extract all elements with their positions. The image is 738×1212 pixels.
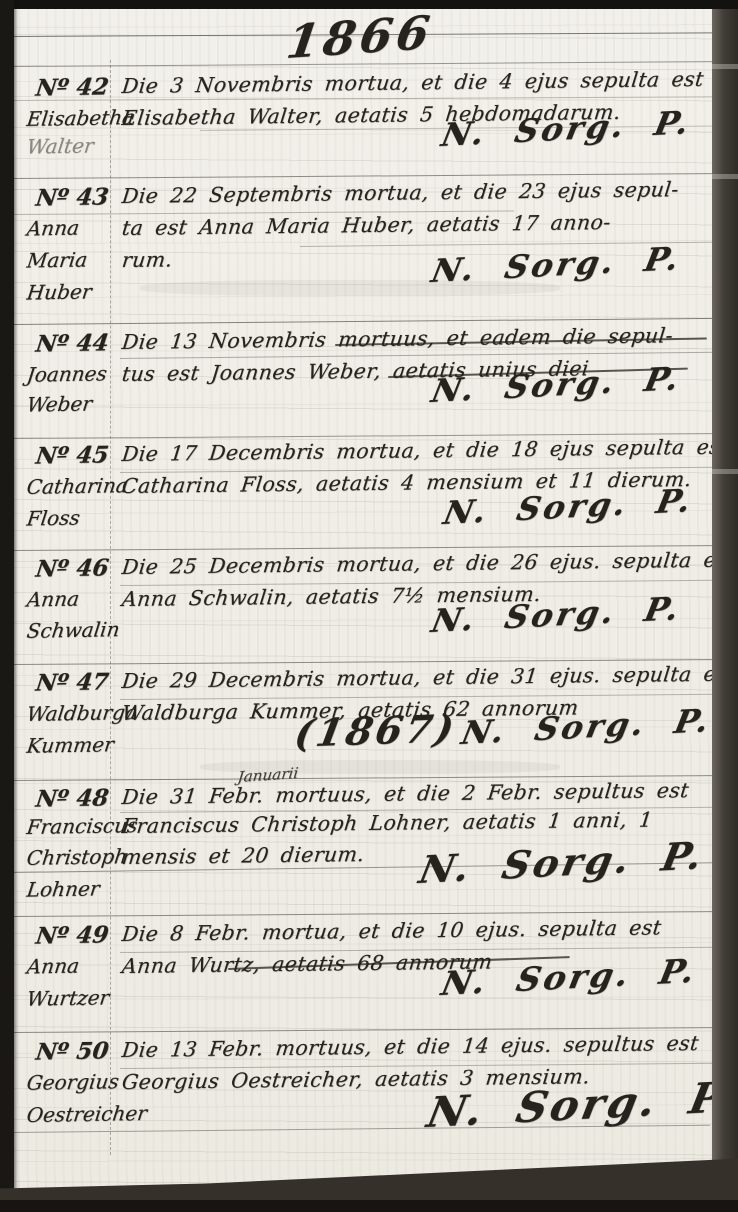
- scan-rule-line: [120, 580, 716, 586]
- year-heading: 1866: [283, 5, 436, 69]
- entry-number: Nº 48: [34, 784, 110, 812]
- scan-rule-line: [300, 242, 718, 247]
- margin-name: Floss: [25, 506, 81, 531]
- scan-rule-line: [14, 173, 730, 179]
- scan-rule-line: [120, 1063, 716, 1069]
- entry-text-line: Georgius Oestreicher, aetatis 3 mensium.: [121, 1064, 592, 1094]
- scan-rule-line: [14, 545, 730, 551]
- entry-number: Nº 42: [34, 73, 110, 101]
- scan-rule-line: [14, 862, 724, 873]
- strike-through-mark: [388, 368, 688, 378]
- entry-text-line: Die 3 Novembris mortua, et die 4 ejus se…: [121, 67, 705, 98]
- scan-border-right: [712, 9, 738, 1212]
- scan-rule-line: [14, 775, 730, 781]
- margin-name: Franciscus: [25, 813, 139, 839]
- entry-text-line: Elisabetha Walter, aetatis 5 hebdomadaru…: [121, 100, 623, 130]
- entry-text-line: tus est Joannes Weber, aetatis unius die…: [121, 356, 591, 386]
- margin-name: Oestreicher: [25, 1101, 148, 1127]
- margin-name: Anna: [25, 587, 80, 612]
- entry-number: Nº 45: [34, 441, 110, 469]
- priest-signature: N. Sorg. P.: [458, 701, 715, 752]
- margin-name: Weber: [25, 391, 93, 416]
- scan-smudge: [200, 760, 560, 774]
- margin-name: Georgius: [25, 1069, 120, 1095]
- scan-border-bottom: [0, 1200, 738, 1212]
- entry-text-line: Die 13 Febr. mortuus, et die 14 ejus. se…: [121, 1031, 700, 1062]
- entry-text-line: mensis et 20 dierum.: [121, 842, 366, 869]
- priest-signature: N. Sorg. P.: [440, 481, 697, 532]
- scan-smudge: [140, 280, 560, 296]
- scan-border-left: [0, 0, 14, 1212]
- scan-rule-line: [120, 352, 716, 359]
- entry-text-line: Die 31 Febr. mortuus, et die 2 Febr. sep…: [121, 778, 691, 809]
- scan-rule-line: [200, 125, 720, 131]
- entry-text-line: Die 8 Febr. mortua, et die 10 ejus. sepu…: [121, 915, 663, 946]
- scan-rule-line: [14, 659, 730, 665]
- scan-rule-line: [120, 694, 716, 700]
- scan-rule-line: [14, 911, 730, 917]
- margin-name: Anna: [25, 216, 80, 241]
- scan-border-top: [0, 0, 738, 9]
- entry-text-line: Anna Wurtz, aetatis 68 annorum: [121, 949, 494, 978]
- entry-text-line: Die 17 Decembris mortua, et die 18 ejus …: [121, 435, 731, 466]
- entry-number: Nº 46: [34, 554, 110, 582]
- margin-name: Walter: [25, 133, 95, 158]
- margin-name: Anna: [25, 954, 80, 979]
- margin-name: Waldburga: [25, 700, 138, 726]
- scan-rule-line: [14, 96, 730, 101]
- entry-number: Nº 44: [34, 329, 110, 357]
- scan-rule-line: [120, 467, 716, 473]
- margin-name: Wurtzer: [25, 985, 110, 1010]
- entry-number: Nº 43: [34, 183, 110, 211]
- scan-rule-line: [14, 211, 514, 215]
- entry-text-line: Die 22 Septembris mortua, et die 23 ejus…: [121, 177, 680, 208]
- margin-name: Joannes: [25, 361, 108, 386]
- margin-name: Huber: [25, 279, 93, 304]
- entry-text-line: Waldburga Kummer, aetatis 62 annorum: [121, 695, 580, 725]
- entry-text-line: Anna Schwalin, aetatis 7½ mensium.: [121, 582, 543, 611]
- scan-rule-line: [14, 1125, 710, 1133]
- margin-name: Kummer: [25, 732, 115, 758]
- priest-signature: N. Sorg. P.: [428, 359, 685, 410]
- year-change-note: (1867): [291, 705, 460, 756]
- strike-through-mark: [228, 956, 570, 970]
- margin-column-rule: [110, 60, 111, 1155]
- margin-name: Lohner: [25, 876, 101, 901]
- margin-name: Maria: [25, 247, 88, 272]
- scan-rule-line: [120, 807, 716, 813]
- scan-rule-line: [14, 433, 730, 439]
- margin-name: Elisabetha: [25, 105, 135, 131]
- entry-text-line: rum.: [121, 247, 174, 272]
- margin-name: Christoph: [25, 844, 128, 870]
- margin-name: Schwalin: [25, 617, 121, 643]
- margin-name: Catharina: [25, 473, 129, 499]
- scan-rule-line: [120, 947, 716, 953]
- entry-number: Nº 49: [34, 921, 110, 949]
- scan-rule-line: [14, 318, 730, 325]
- entry-text-line: Die 25 Decembris mortua, et die 26 ejus.…: [121, 548, 737, 579]
- strike-through-mark: [335, 338, 707, 346]
- entry-text-line: Die 29 Decembris mortua, et die 31 ejus.…: [121, 662, 737, 693]
- entry-number: Nº 47: [34, 668, 110, 696]
- scanned-register-page: 1866 Nº 42Die 3 Novembris mortua, et die…: [0, 0, 738, 1212]
- scan-rule-line: [14, 1027, 730, 1033]
- entry-number: Nº 50: [34, 1037, 110, 1065]
- entry-text-line: ta est Anna Maria Huber, aetatis 17 anno…: [121, 210, 612, 240]
- priest-signature: N. Sorg. P.: [428, 589, 685, 640]
